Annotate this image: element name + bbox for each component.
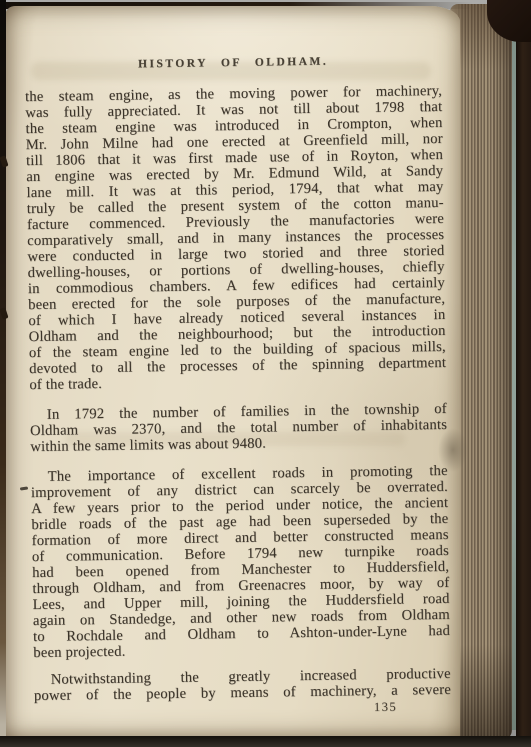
book-bottom-edge bbox=[0, 736, 531, 747]
paragraph-steam-engine: the steam engine, as the moving power fo… bbox=[25, 83, 446, 393]
printed-text-block: HISTORY OF OLDHAM. the steam engine, as … bbox=[24, 3, 452, 720]
book-cover-right bbox=[516, 0, 531, 747]
running-header: HISTORY OF OLDHAM. bbox=[25, 53, 442, 73]
book-page: HISTORY OF OLDHAM. the steam engine, as … bbox=[5, 6, 460, 738]
stain-spot bbox=[438, 428, 468, 472]
paragraph-population: In 1792 the number of families in the to… bbox=[30, 401, 448, 455]
book-cover-left-edge bbox=[0, 0, 6, 747]
paragraph-roads: The importance of excellent roads in pro… bbox=[31, 463, 451, 661]
scanned-book-photo: HISTORY OF OLDHAM. the steam engine, as … bbox=[0, 0, 531, 747]
paragraph-machinery: Notwithstanding the greatly increased pr… bbox=[34, 666, 451, 704]
